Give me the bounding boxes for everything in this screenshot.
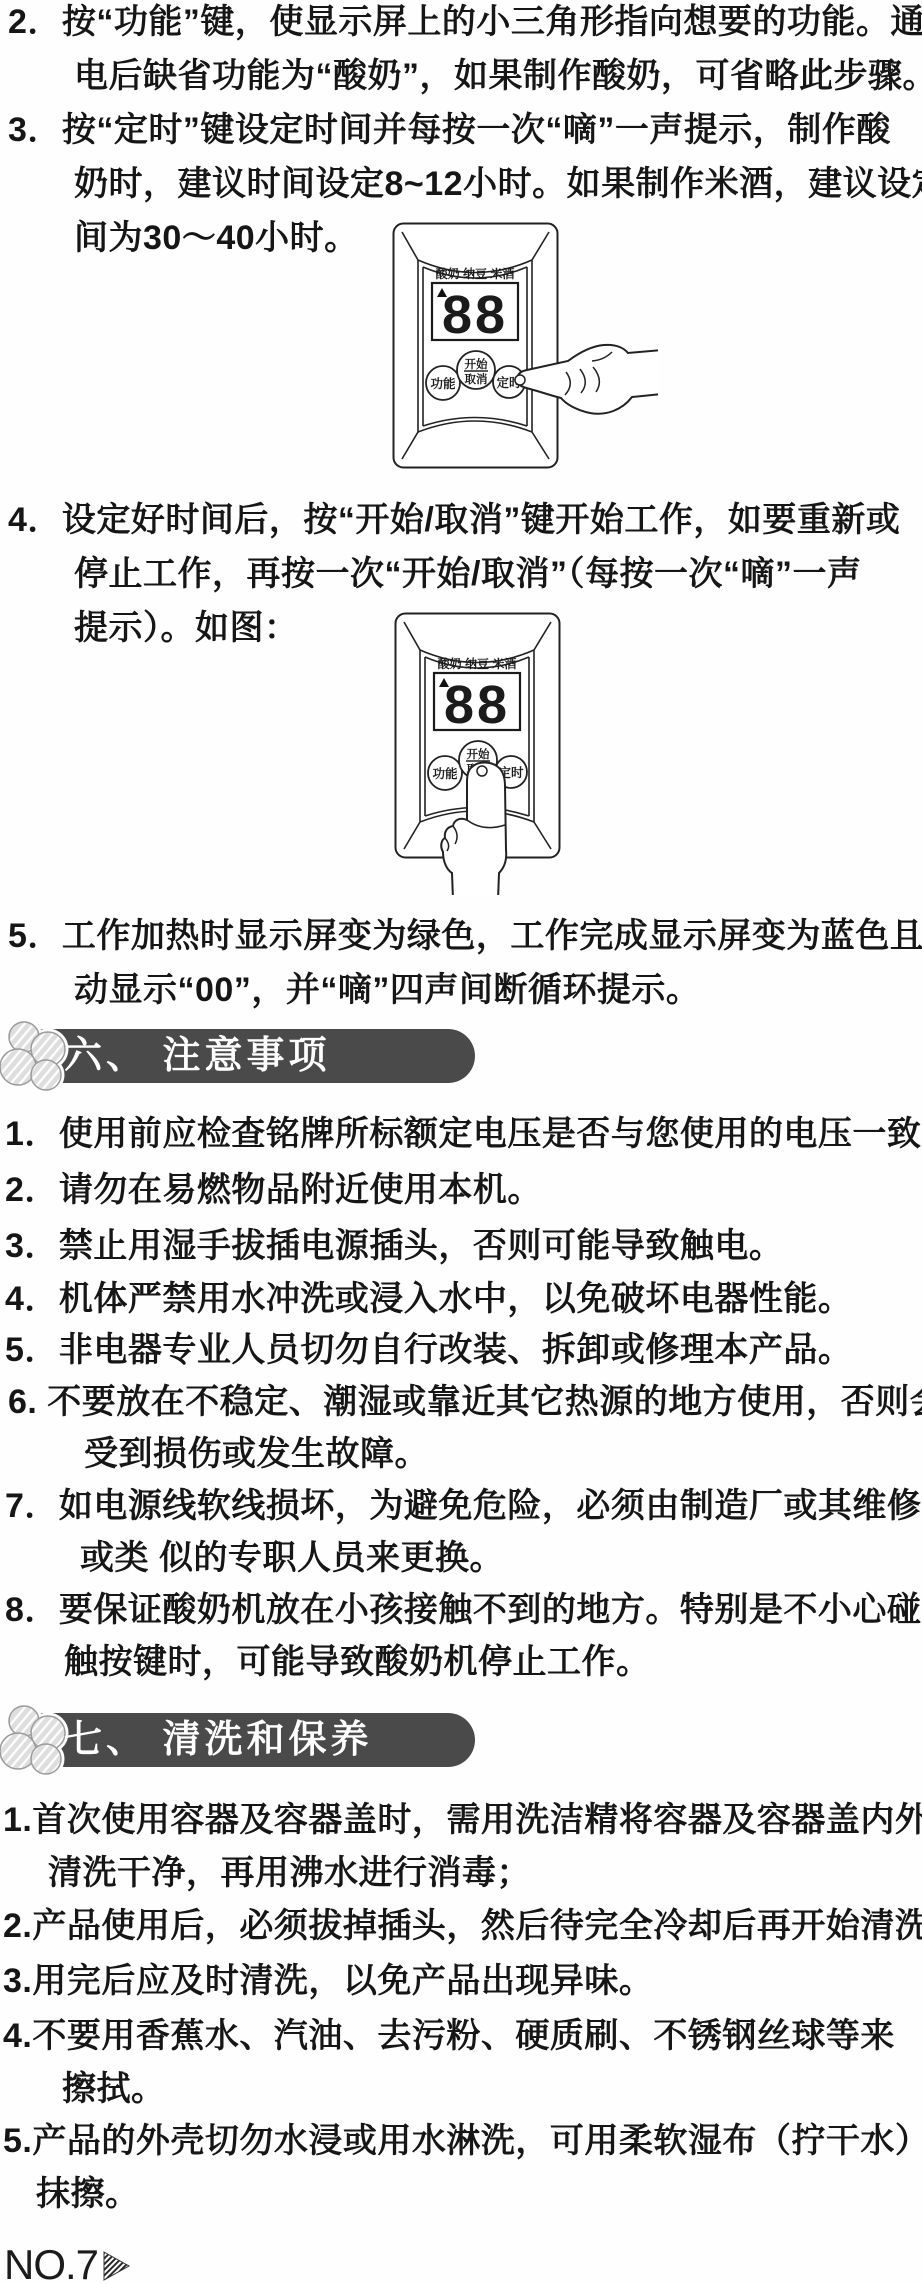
notice-item-1: 1．使用前应检查铭牌所标额定电压是否与您使用的电压一致。 (5, 1112, 922, 1156)
cancel-label: 取消 (465, 372, 488, 386)
function-button: 功能 (428, 756, 462, 790)
display-value: 88 (444, 675, 510, 735)
notice-item-4: 4．机体严禁用水冲洗或浸入水中，以免破坏电器性能。 (5, 1277, 852, 1321)
page-footer-arrow-icon (102, 2248, 132, 2282)
fingertip (477, 766, 487, 776)
fingertip (515, 375, 525, 385)
function-button-label: 功能 (432, 766, 458, 781)
step-5-line-1: 5．工作加热时显示屏变为绿色，工作完成显示屏变为蓝色且闪 (8, 914, 922, 958)
mode-labels: 酸奶 纳豆 米酒 (436, 266, 515, 281)
notice-item-2: 2．请勿在易燃物品附近使用本机。 (5, 1168, 542, 1212)
function-button-label: 功能 (430, 376, 456, 391)
control-panel-diagram-start: 酸奶 纳豆 米酒 88 功能 开始 取消 定时 (392, 610, 564, 895)
cloud-decoration-icon (0, 1705, 72, 1785)
notice-item-5: 5．非电器专业人员切勿自行改装、拆卸或修理本产品。 (5, 1328, 852, 1372)
notice-item-8-line-2: 触按键时，可能导致酸奶机停止工作。 (64, 1640, 651, 1684)
section-title-cleaning: 七、 清洗和保养 (64, 1713, 373, 1768)
notice-item-8-line-1: 8．要保证酸奶机放在小孩接触不到的地方。特别是不小心碰 (5, 1588, 921, 1632)
section-banner-cleaning: 七、 清洗和保养 (10, 1713, 475, 1767)
step-4-line-1: 4．设定好时间后，按“开始/取消”键开始工作，如要重新或 (8, 498, 900, 542)
step-3-line-1: 3．按“定时”键设定时间并每按一次“嘀”一声提示，制作酸 (8, 108, 891, 152)
cleaning-item-5-line-2: 抹擦。 (36, 2172, 140, 2216)
notice-item-6-line-1: 6. 不要放在不稳定、潮湿或靠近其它热源的地方使用，否则会 (8, 1380, 922, 1424)
step-2-line-1: 2．按“功能”键，使显示屏上的小三角形指向想要的功能。通 (8, 0, 922, 44)
notice-item-3: 3．禁止用湿手拔插电源插头，否则可能导致触电。 (5, 1224, 783, 1268)
function-button: 功能 (426, 366, 460, 400)
page-footer: NO.7 (4, 2242, 132, 2284)
page-number: NO.7 (4, 2241, 98, 2284)
display-value: 88 (442, 285, 508, 345)
cloud-decoration-icon (0, 1021, 72, 1101)
cleaning-item-4-line-2: 擦拭。 (62, 2067, 166, 2111)
start-cancel-button: 开始 取消 (457, 351, 495, 389)
cleaning-item-4-line-1: 4.不要用香蕉水、汽油、去污粉、硬质刷、不锈钢丝球等来 (3, 2014, 895, 2058)
notice-item-7-line-1: 7．如电源线软线损坏，为避免危险，必须由制造厂或其维修部 (5, 1484, 922, 1528)
panel-outline (394, 224, 558, 468)
cleaning-item-2: 2.产品使用后，必须拔掉插头，然后待完全冷却后再开始清洗。 (3, 1904, 922, 1948)
cleaning-item-5-line-1: 5.产品的外壳切勿水浸或用水淋洗，可用柔软湿布（拧干水） (3, 2119, 922, 2163)
mode-labels: 酸奶 纳豆 米酒 (438, 656, 517, 671)
notice-item-7-line-2: 或类 似的专职人员来更换。 (80, 1536, 504, 1580)
step-4-line-3: 提示）。如图： (74, 606, 299, 650)
notice-item-6-line-2: 受到损伤或发生故障。 (84, 1432, 429, 1476)
step-2-line-2: 电后缺省功能为“酸奶”，如果制作酸奶，可省略此步骤。 (74, 54, 922, 98)
cleaning-item-1-line-1: 1.首次使用容器及容器盖时，需用洗洁精将容器及容器盖内外 (3, 1798, 922, 1842)
start-label: 开始 (465, 357, 488, 371)
section-title-notice: 六、 注意事项 (64, 1029, 331, 1084)
cleaning-item-1-line-2: 清洗干净，再用沸水进行消毒； (48, 1851, 531, 1895)
section-banner-notice: 六、 注意事项 (10, 1029, 475, 1083)
step-3-line-3: 间为30～40小时。 (74, 216, 359, 260)
cleaning-item-3: 3.用完后应及时清洗，以免产品出现异味。 (3, 1959, 653, 2003)
start-label: 开始 (467, 747, 490, 761)
step-4-line-2: 停止工作，再按一次“开始/取消”（每按一次“嘀”一声 (74, 552, 861, 596)
control-panel-diagram-timer: 酸奶 纳豆 米酒 88 功能 开始 取消 定时 (390, 220, 658, 472)
step-5-line-2: 动显示“00”，并“嘀”四声间断循环提示。 (74, 968, 700, 1012)
step-3-line-2: 奶时，建议时间设定8~12小时。如果制作米酒，建议设定时 (74, 162, 922, 206)
